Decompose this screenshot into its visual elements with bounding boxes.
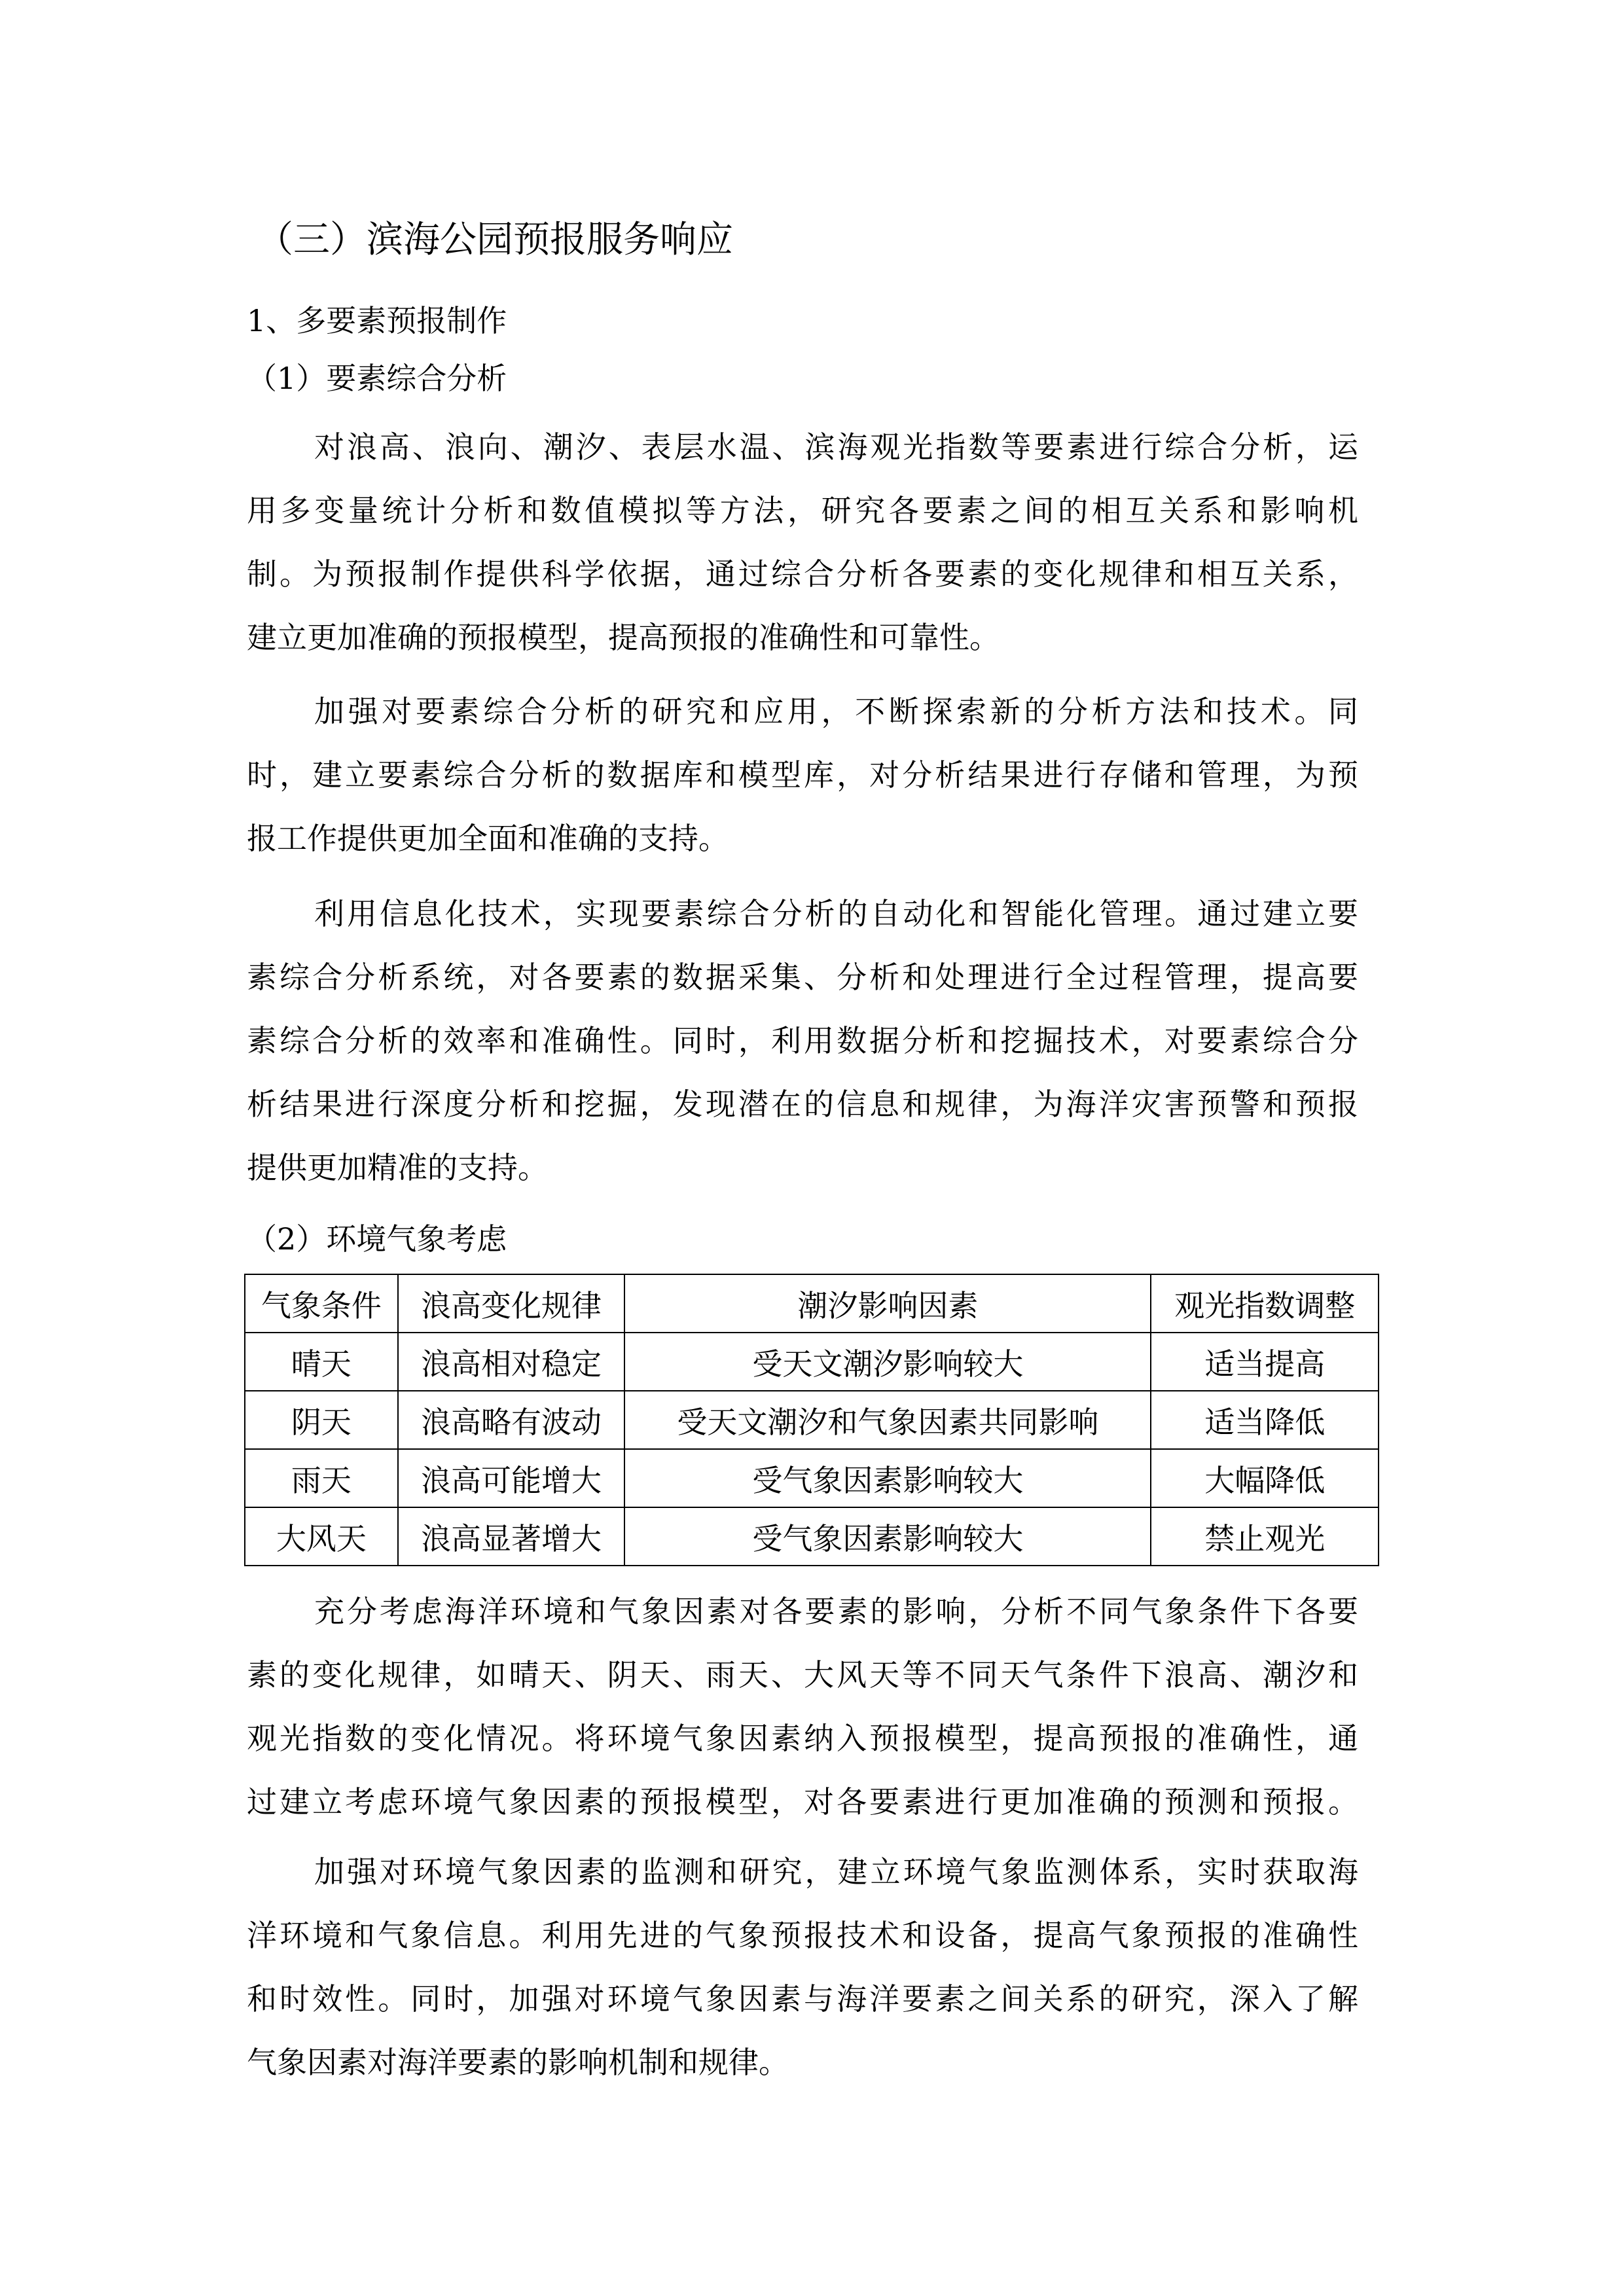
table-header-cell: 潮汐影响因素 — [624, 1274, 1151, 1333]
table-header-cell: 气象条件 — [245, 1274, 398, 1333]
table-cell: 雨天 — [245, 1449, 398, 1507]
table-header-cell: 浪高变化规律 — [398, 1274, 625, 1333]
paragraph-line: 加强对环境气象因素的监测和研究，建立环境气象监测体系，实时获取海 — [314, 1852, 1358, 1892]
paragraph-line: 过建立考虑环境气象因素的预报模型，对各要素进行更加准确的预测和预报。 — [247, 1782, 1358, 1821]
paragraph-line: 素综合分析系统，对各要素的数据采集、分析和处理进行全过程管理，提高要 — [247, 958, 1358, 997]
paragraph-line: 制。为预报制作提供科学依据，通过综合分析各要素的变化规律和相互关系， — [247, 554, 1358, 594]
table-cell: 浪高相对稳定 — [398, 1333, 625, 1391]
paragraph-line: 素综合分析的效率和准确性。同时，利用数据分析和挖掘技术，对要素综合分 — [247, 1021, 1358, 1060]
table-row: 阴天 浪高略有波动 受天文潮汐和气象因素共同影响 适当降低 — [245, 1391, 1379, 1449]
table-cell: 受天文潮汐影响较大 — [624, 1333, 1151, 1391]
table-cell: 晴天 — [245, 1333, 398, 1391]
paragraph-line: 气象因素对海洋要素的影响机制和规律。 — [247, 2043, 1358, 2082]
subheading-element-analysis: （1）要素综合分析 — [247, 359, 507, 398]
table-row: 晴天 浪高相对稳定 受天文潮汐影响较大 适当提高 — [245, 1333, 1379, 1391]
table-cell: 禁止观光 — [1151, 1507, 1379, 1566]
subheading-environment-weather: （2）环境气象考虑 — [247, 1219, 507, 1259]
table-header-cell: 观光指数调整 — [1151, 1274, 1379, 1333]
table-header-row: 气象条件 浪高变化规律 潮汐影响因素 观光指数调整 — [245, 1274, 1379, 1333]
table-cell: 浪高显著增大 — [398, 1507, 625, 1566]
table-row: 雨天 浪高可能增大 受气象因素影响较大 大幅降低 — [245, 1449, 1379, 1507]
paragraph-line: 观光指数的变化情况。将环境气象因素纳入预报模型，提高预报的准确性，通 — [247, 1719, 1358, 1758]
weather-conditions-table: 气象条件 浪高变化规律 潮汐影响因素 观光指数调整 晴天 浪高相对稳定 受天文潮… — [244, 1274, 1379, 1566]
paragraph-line: 提供更加精准的支持。 — [247, 1148, 1358, 1187]
paragraph-line: 对浪高、浪向、潮汐、表层水温、滨海观光指数等要素进行综合分析，运 — [314, 427, 1358, 467]
paragraph-line: 用多变量统计分析和数值模拟等方法，研究各要素之间的相互关系和影响机 — [247, 491, 1358, 530]
paragraph-line: 时，建立要素综合分析的数据库和模型库，对分析结果进行存储和管理，为预 — [247, 755, 1358, 795]
section-title: （三）滨海公园预报服务响应 — [257, 217, 733, 263]
table-cell: 适当降低 — [1151, 1391, 1379, 1449]
paragraph-line: 和时效性。同时，加强对环境气象因素与海洋要素之间关系的研究，深入了解 — [247, 1979, 1358, 2018]
heading-multi-element-forecast: 1、多要素预报制作 — [247, 301, 507, 340]
table-cell: 受天文潮汐和气象因素共同影响 — [624, 1391, 1151, 1449]
table-cell: 受气象因素影响较大 — [624, 1449, 1151, 1507]
paragraph-line: 洋环境和气象信息。利用先进的气象预报技术和设备，提高气象预报的准确性 — [247, 1916, 1358, 1955]
table-cell: 适当提高 — [1151, 1333, 1379, 1391]
paragraph-line: 充分考虑海洋环境和气象因素对各要素的影响，分析不同气象条件下各要 — [314, 1592, 1358, 1631]
paragraph-line: 利用信息化技术，实现要素综合分析的自动化和智能化管理。通过建立要 — [314, 894, 1358, 933]
table-row: 大风天 浪高显著增大 受气象因素影响较大 禁止观光 — [245, 1507, 1379, 1566]
table-cell: 浪高可能增大 — [398, 1449, 625, 1507]
paragraph-line: 加强对要素综合分析的研究和应用，不断探索新的分析方法和技术。同 — [314, 692, 1358, 731]
table-cell: 阴天 — [245, 1391, 398, 1449]
paragraph-line: 建立更加准确的预报模型，提高预报的准确性和可靠性。 — [247, 618, 1358, 657]
table-cell: 大风天 — [245, 1507, 398, 1566]
table-cell: 大幅降低 — [1151, 1449, 1379, 1507]
paragraph-line: 析结果进行深度分析和挖掘，发现潜在的信息和规律，为海洋灾害预警和预报 — [247, 1085, 1358, 1124]
paragraph-line: 素的变化规律，如晴天、阴天、雨天、大风天等不同天气条件下浪高、潮汐和 — [247, 1655, 1358, 1695]
table-cell: 浪高略有波动 — [398, 1391, 625, 1449]
paragraph-line: 报工作提供更加全面和准确的支持。 — [247, 819, 1358, 858]
table-cell: 受气象因素影响较大 — [624, 1507, 1151, 1566]
